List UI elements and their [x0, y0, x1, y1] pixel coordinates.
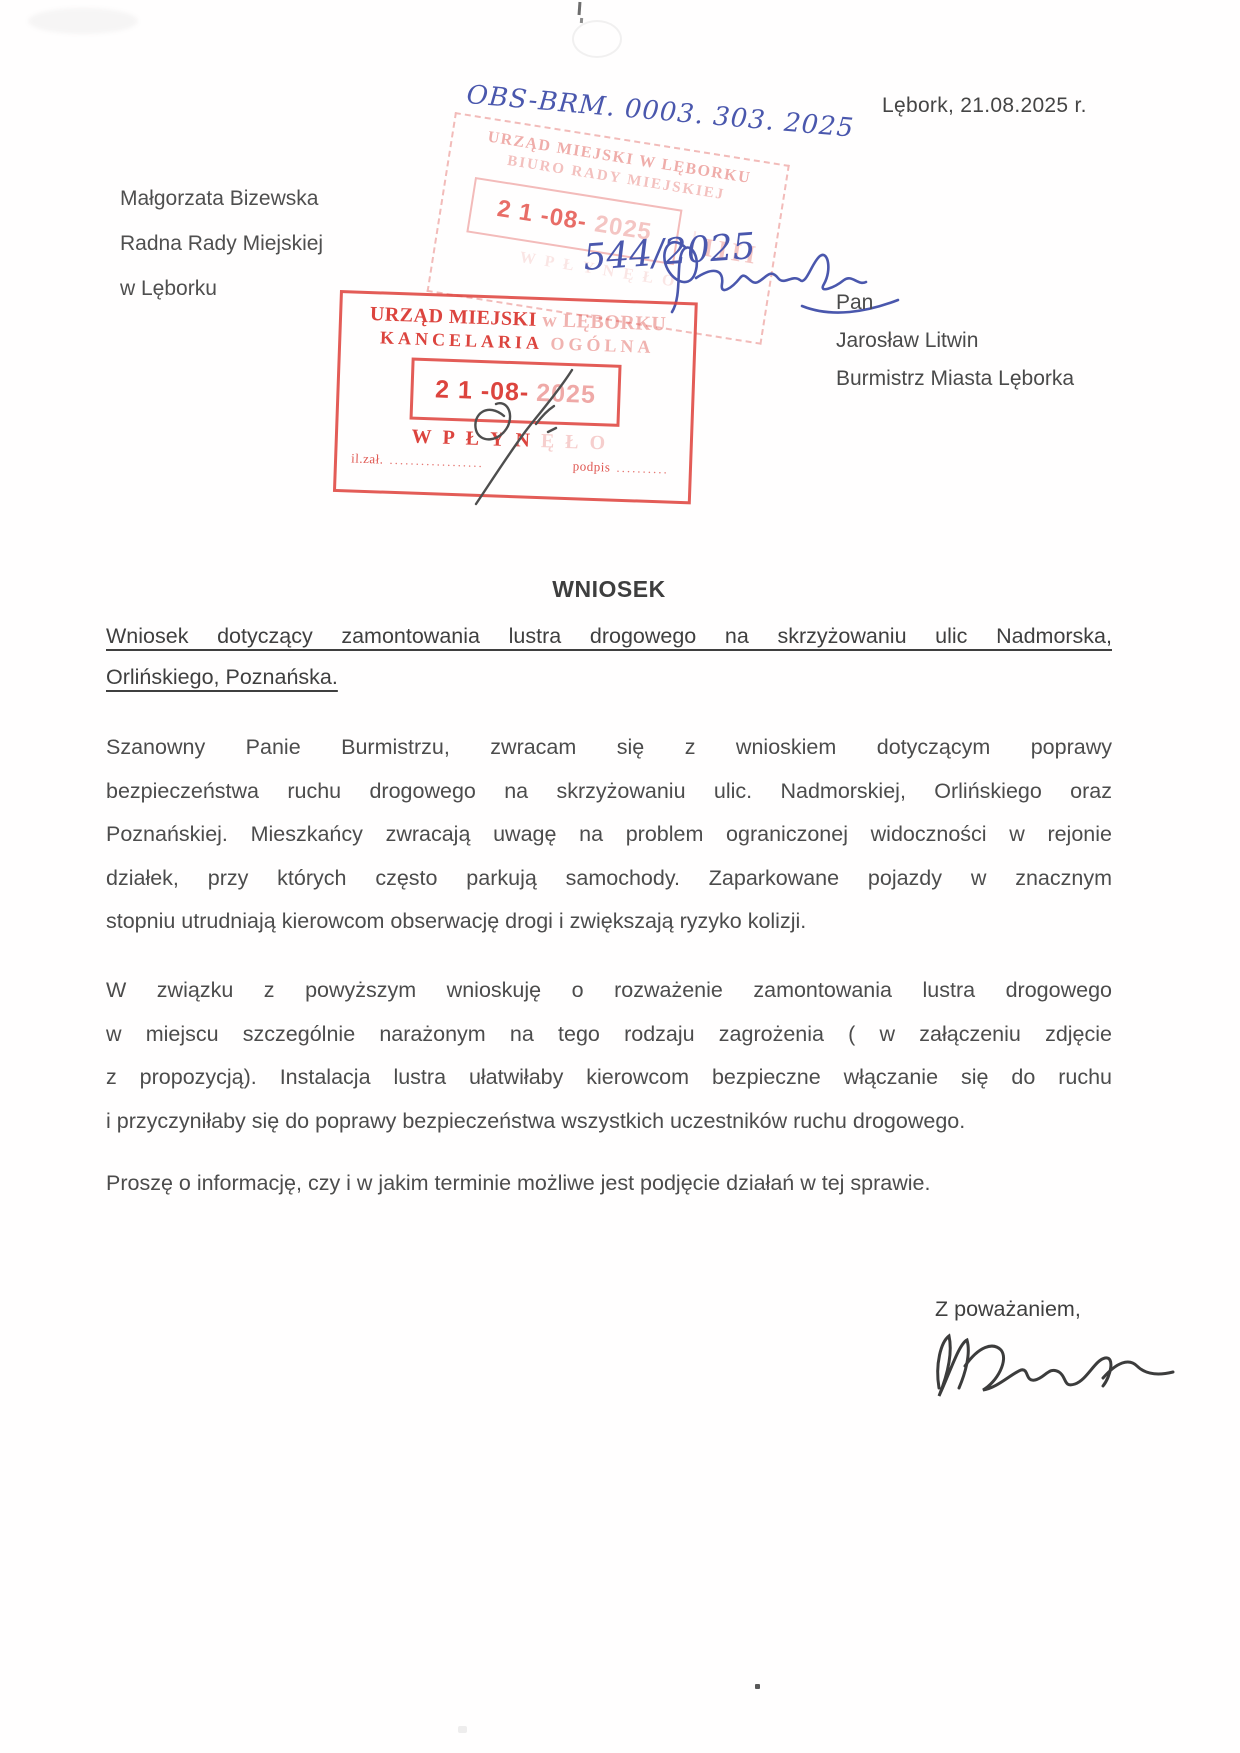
body-line: Poznańskiej. Mieszkańcy zwracają uwagę n…	[106, 813, 1112, 857]
body-line: W związku z powyższym wnioskuję o rozważ…	[106, 969, 1112, 1013]
stamp-signature-dotted-line: ..........	[616, 460, 669, 478]
office-stamp-line2-strong: KANCELARIA	[380, 327, 543, 353]
office-stamp-line1-faded: w LĘBORKU	[542, 309, 667, 335]
paragraph-2: W związku z powyższym wnioskuję o rozważ…	[106, 969, 1112, 1143]
body-line: bezpieczeństwa ruchu drogowego na skrzyż…	[106, 770, 1112, 814]
letter-subject: Wniosek dotyczący zamontowania lustra dr…	[106, 616, 1112, 698]
scan-artifact-dot	[755, 1684, 760, 1689]
body-line: Proszę o informację, czy i w jakim termi…	[106, 1162, 1112, 1206]
sender-block: Małgorzata Bizewska Radna Rady Miejskiej…	[120, 176, 323, 311]
sender-city: w Lęborku	[120, 266, 323, 311]
body-line: i przyczyniłaby się do poprawy bezpiecze…	[106, 1100, 1112, 1144]
sender-role: Radna Rady Miejskiej	[120, 221, 323, 266]
attachments-label: il.zał.	[351, 450, 384, 467]
subject-line: Orlińskiego, Poznańska.	[106, 657, 338, 698]
body-line: działek, przy których często parkują sam…	[106, 857, 1112, 901]
scan-smudge	[28, 8, 138, 34]
recipient-name: Jarosław Litwin	[836, 322, 1074, 360]
recipient-salutation: Pan	[836, 284, 1074, 322]
scan-artifact-dot	[458, 1726, 467, 1733]
registry-stamp-date: 2 1 -08-	[495, 195, 589, 237]
body-line: stopniu utrudniają kierowcom obserwację …	[106, 900, 1112, 944]
scan-artifact-mark	[578, 2, 582, 15]
clerk-pen-signature	[430, 358, 605, 508]
paragraph-3: Proszę o informację, czy i w jakim termi…	[106, 1162, 1112, 1206]
letter-title: WNIOSEK	[106, 576, 1112, 603]
closing-phrase: Z poważaniem,	[935, 1297, 1081, 1322]
recipient-block: Pan Jarosław Litwin Burmistrz Miasta Lęb…	[836, 284, 1074, 398]
body-line: z propozycją). Instalacja lustra ułatwił…	[106, 1056, 1112, 1100]
paragraph-1: Szanowny Panie Burmistrzu, zwracam się z…	[106, 726, 1112, 944]
body-line: w miejscu szczególnie narażonym na tego …	[106, 1013, 1112, 1057]
scan-artifact-arc	[572, 20, 622, 58]
sender-name: Małgorzata Bizewska	[120, 176, 323, 221]
scanned-letter-page: OBS-BRM. 0003. 303. 2025 Lębork, 21.08.2…	[0, 0, 1240, 1753]
recipient-role: Burmistrz Miasta Lęborka	[836, 360, 1074, 398]
subject-line: Wniosek dotyczący zamontowania lustra dr…	[106, 616, 1112, 657]
office-stamp-line2-faded: OGÓLNA	[550, 333, 655, 357]
city-date-line: Lębork, 21.08.2025 r.	[882, 94, 1087, 118]
body-line: Szanowny Panie Burmistrzu, zwracam się z…	[106, 726, 1112, 770]
office-stamp-line1-strong: URZĄD MIEJSKI	[370, 303, 538, 331]
sender-signature	[925, 1326, 1175, 1416]
